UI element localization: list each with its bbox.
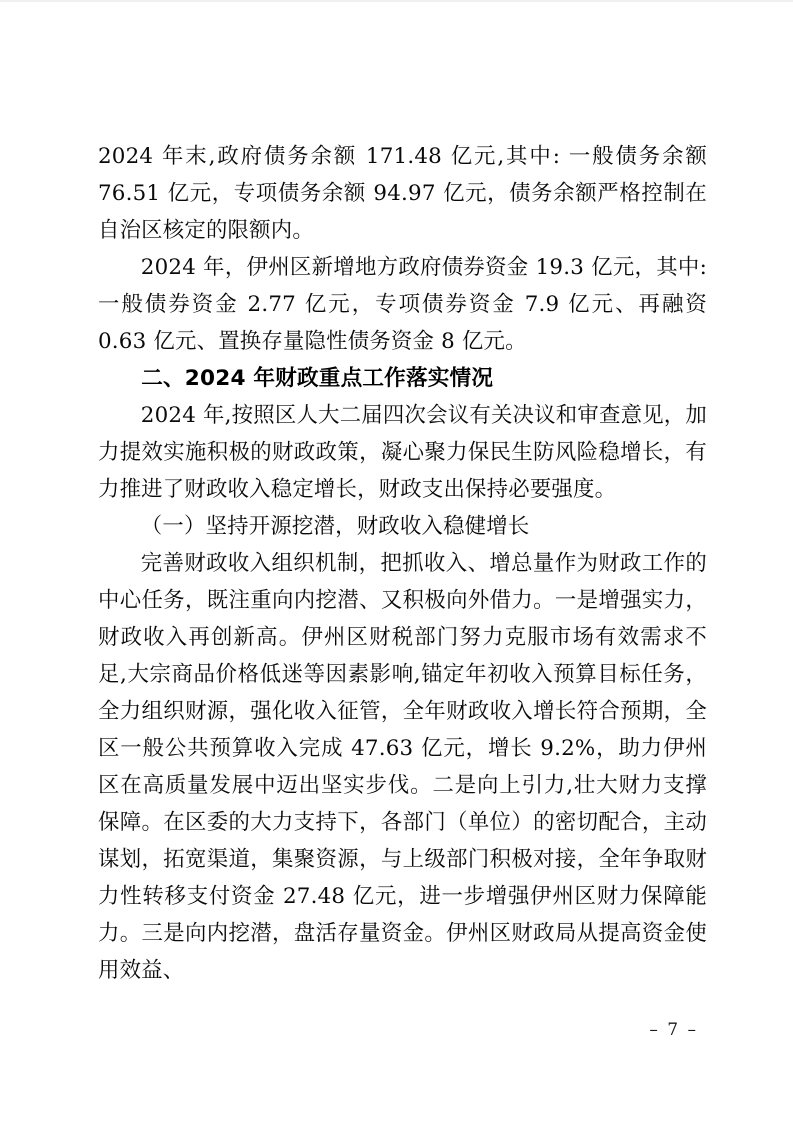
paragraph-new-bond-funds: 2024 年，伊州区新增地方政府债券资金 19.3 亿元，其中: 一般债券资金 … <box>98 249 707 360</box>
paragraph-revenue-growth: 完善财政收入组织机制，把抓收入、增总量作为财政工作的中心任务，既注重向内挖潜、又… <box>98 545 707 989</box>
document-body: 2024 年末,政府债务余额 171.48 亿元,其中: 一般债务余额 76.5… <box>98 138 707 989</box>
section-heading: 二、2024 年财政重点工作落实情况 <box>98 360 707 397</box>
paragraph-debt-balance: 2024 年末,政府债务余额 171.48 亿元,其中: 一般债务余额 76.5… <box>98 138 707 249</box>
subsection-heading: （一）坚持开源挖潜，财政收入稳健增长 <box>98 508 707 545</box>
document-page: 2024 年末,政府债务余额 171.48 亿元,其中: 一般债务余额 76.5… <box>0 0 793 1122</box>
page-number: – 7 – <box>649 1018 698 1042</box>
paragraph-policy-overview: 2024 年,按照区人大二届四次会议有关决议和审查意见，加力提效实施积极的财政政… <box>98 397 707 508</box>
